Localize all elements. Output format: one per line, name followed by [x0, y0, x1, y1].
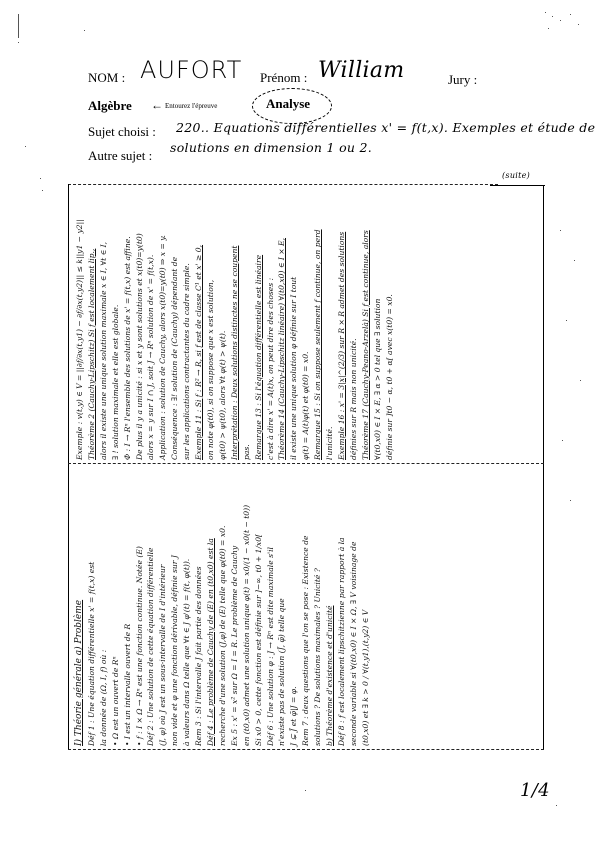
lower-section-text: I) Théorie générale a) Problème Déf 1 : … — [74, 467, 372, 746]
scan-speck — [305, 790, 306, 791]
text-line: en (t0,x0) admet une solution unique φ(t… — [241, 467, 253, 746]
scan-speck — [84, 30, 85, 31]
text-line: seconde variable si ∀(t0,x0) ∈ I × Ω, ∃ … — [348, 467, 360, 746]
sujet-label: Sujet choisi : — [88, 124, 156, 140]
text-line: définies sur R mais non unicité. — [348, 188, 360, 460]
scan-speck — [578, 24, 579, 25]
scan-speck — [548, 28, 549, 29]
text-line: alors x = y sur I ∩ J, soit J → Rⁿ solut… — [145, 188, 157, 460]
upper-section-text: Exemple : v(t,y) ∈ V = ||∂f/∂x(t,y1) − ∂… — [74, 188, 395, 460]
text-line: • f : I × Ω → Rⁿ est une fonction contin… — [134, 467, 146, 746]
lower-section: I) Théorie générale a) Problème Déf 1 : … — [70, 465, 542, 748]
text-line: Φ : I → Rⁿ l'ensemble des solutions de x… — [122, 188, 134, 460]
box-left-border — [68, 184, 69, 750]
scan-speck — [570, 500, 571, 501]
box-bottom-border — [68, 749, 544, 750]
text-line: c'est à dire x' = A(t)x, on peut dire de… — [265, 188, 277, 460]
text-line: Ex 5 : x' = x² sur Ω = I = R. Le problèm… — [229, 467, 241, 746]
scan-speck — [570, 14, 571, 15]
scan-speck — [18, 14, 19, 38]
text-line: définie sur ]t0 − α, t0 + α[ avec x(t0) … — [384, 188, 396, 460]
text-line: Déf 8 : f est localement lipschitzienne … — [336, 467, 348, 746]
text-line: la donnée de (Ω, I, f) où : — [98, 467, 110, 746]
nom-label: NOM : — [88, 70, 125, 86]
text-line: Remarque 13 : Si l'équation différentiel… — [253, 188, 265, 460]
sujet-value-line1: 220.. Equations différentielles x' = f(t… — [176, 120, 595, 135]
text-line: J ⊊ J̃ et φ̃|J = φ. — [288, 467, 300, 746]
text-line: Rem 7 : deux questions que l'on se pose … — [300, 467, 312, 746]
text-line: Théorème 14 (Cauchy-Lipschitz linéaire) … — [276, 188, 288, 460]
text-line: • I est un intervalle ouvert de R — [122, 467, 134, 746]
scan-speck — [562, 440, 563, 441]
text-line: Exemple 16 : x' = 3|x|^(2/3) sur R × R a… — [336, 188, 348, 460]
scan-speck — [25, 146, 26, 147]
analyse-label: Analyse — [266, 96, 310, 112]
prenom-label: Prénom : — [260, 70, 307, 86]
scan-speck — [560, 230, 561, 231]
scan-speck — [42, 190, 43, 191]
text-line: Conséquence : ∃! solution de (Cauchy) dé… — [169, 188, 181, 460]
text-line: • Ω est un ouvert de Rⁿ — [110, 467, 122, 746]
scan-speck — [18, 42, 19, 43]
text-line: ∀(t0,x0) ∈ I × E, ∃ α > 0 tel que ∃ solu… — [372, 188, 384, 460]
text-line: Si x0 > 0, cette fonction est définie su… — [253, 467, 265, 746]
autre-label: Autre sujet : — [88, 148, 152, 164]
text-line: Déf 4 : Le problème de Cauchy de (E) en … — [205, 467, 217, 746]
text-line: φ(t) = A(t)φ(t) et φ(t0) = x0. — [300, 188, 312, 460]
text-line: pas. — [241, 188, 253, 460]
text-line: φ(t0) > ψ(t0), alors ∀t φ(t) > ψ(t). — [217, 188, 229, 460]
text-line: ∃ ! solution maximale et elle est global… — [110, 188, 122, 460]
prenom-value: William — [318, 58, 404, 83]
text-line: Déf 2 : Une solution de cette équation d… — [145, 467, 157, 746]
text-line: n'existe pas de solution (J̃, φ̃) telle … — [276, 467, 288, 746]
page-number: 1/4 — [520, 780, 550, 801]
jury-label: Jury : — [448, 72, 477, 88]
upper-section: Exemple : v(t,y) ∈ V = ||∂f/∂x(t,y1) − ∂… — [70, 186, 542, 462]
text-line: Exemple : v(t,y) ∈ V = ||∂f/∂x(t,y1) − ∂… — [74, 188, 86, 460]
text-line: Interprétation : Deux solutions distinct… — [229, 188, 241, 460]
text-line: alors il existe une unique solution maxi… — [98, 188, 110, 460]
box-section-divider — [68, 463, 544, 464]
text-line: à valeurs dans Ω telle que ∀t ∈ J φ'(t) … — [181, 467, 193, 746]
scan-speck — [560, 20, 561, 21]
text-line: Déf 6 : Une solution φ : J → Rⁿ est dite… — [265, 467, 277, 746]
scan-speck — [566, 320, 567, 321]
text-line: Déf 1 : Une équation différentielle x' =… — [86, 467, 98, 746]
scan-speck — [552, 16, 553, 17]
scan-speck — [574, 260, 575, 261]
sujet-value-line2: solutions en dimension 1 ou 2. — [170, 140, 372, 155]
text-line: Remarque 15 : Si on suppose seulement f … — [312, 188, 324, 460]
scan-speck — [556, 805, 557, 806]
nom-value: AUFORT — [140, 56, 242, 84]
scan-speck — [40, 178, 41, 179]
text-line: (J, φ) où J est un sous-intervalle de I … — [157, 467, 169, 746]
text-line: Théorème 2 (Cauchy-Lipschitz) Si f est l… — [86, 188, 98, 460]
text-line: Application : solution de Cauchy, alors … — [157, 188, 169, 460]
text-line: non vide et φ une fonction dérivable, dé… — [169, 467, 181, 746]
scan-speck — [580, 380, 581, 381]
text-line: solutions ? De solutions maximales ? Uni… — [312, 467, 324, 746]
text-line: De plus il y a unicité : si x et y sont … — [134, 188, 146, 460]
section-heading: I) Théorie générale a) Problème — [74, 467, 86, 746]
text-line: Théorème 17 (Cauchy-Peano-Arzelà) Si f e… — [360, 188, 372, 460]
text-line: Exemple 11 : Si f : R² → R, si f est de … — [193, 188, 205, 460]
corner-note: (suite) — [502, 171, 530, 180]
algebre-label: Algèbre — [88, 98, 132, 114]
text-line: recherche d'une solution (J,φ) de (E) te… — [217, 467, 229, 746]
text-line: Rem 3 : Si l'intervalle J fait partie de… — [193, 467, 205, 746]
text-line: on note φ(t0), si on suppose que x est s… — [205, 188, 217, 460]
box-right-border — [543, 185, 544, 750]
scan-speck — [545, 12, 546, 13]
arrow-left: ← — [151, 98, 163, 113]
entourez-label: Entourez l'épreuve — [165, 102, 217, 110]
text-line: l'unicité. — [324, 188, 336, 460]
text-line: il existe une unique solution φ définie … — [288, 188, 300, 460]
text-line: (t0,x0) et ∃ k > 0 / ∀(t,y1),(t,y2) ∈ V — [360, 467, 372, 746]
section-heading: b) Théorème d'existence et d'unicité — [324, 467, 336, 746]
box-top-border — [68, 184, 498, 185]
text-line: sur les applications contractantes du ca… — [181, 188, 193, 460]
